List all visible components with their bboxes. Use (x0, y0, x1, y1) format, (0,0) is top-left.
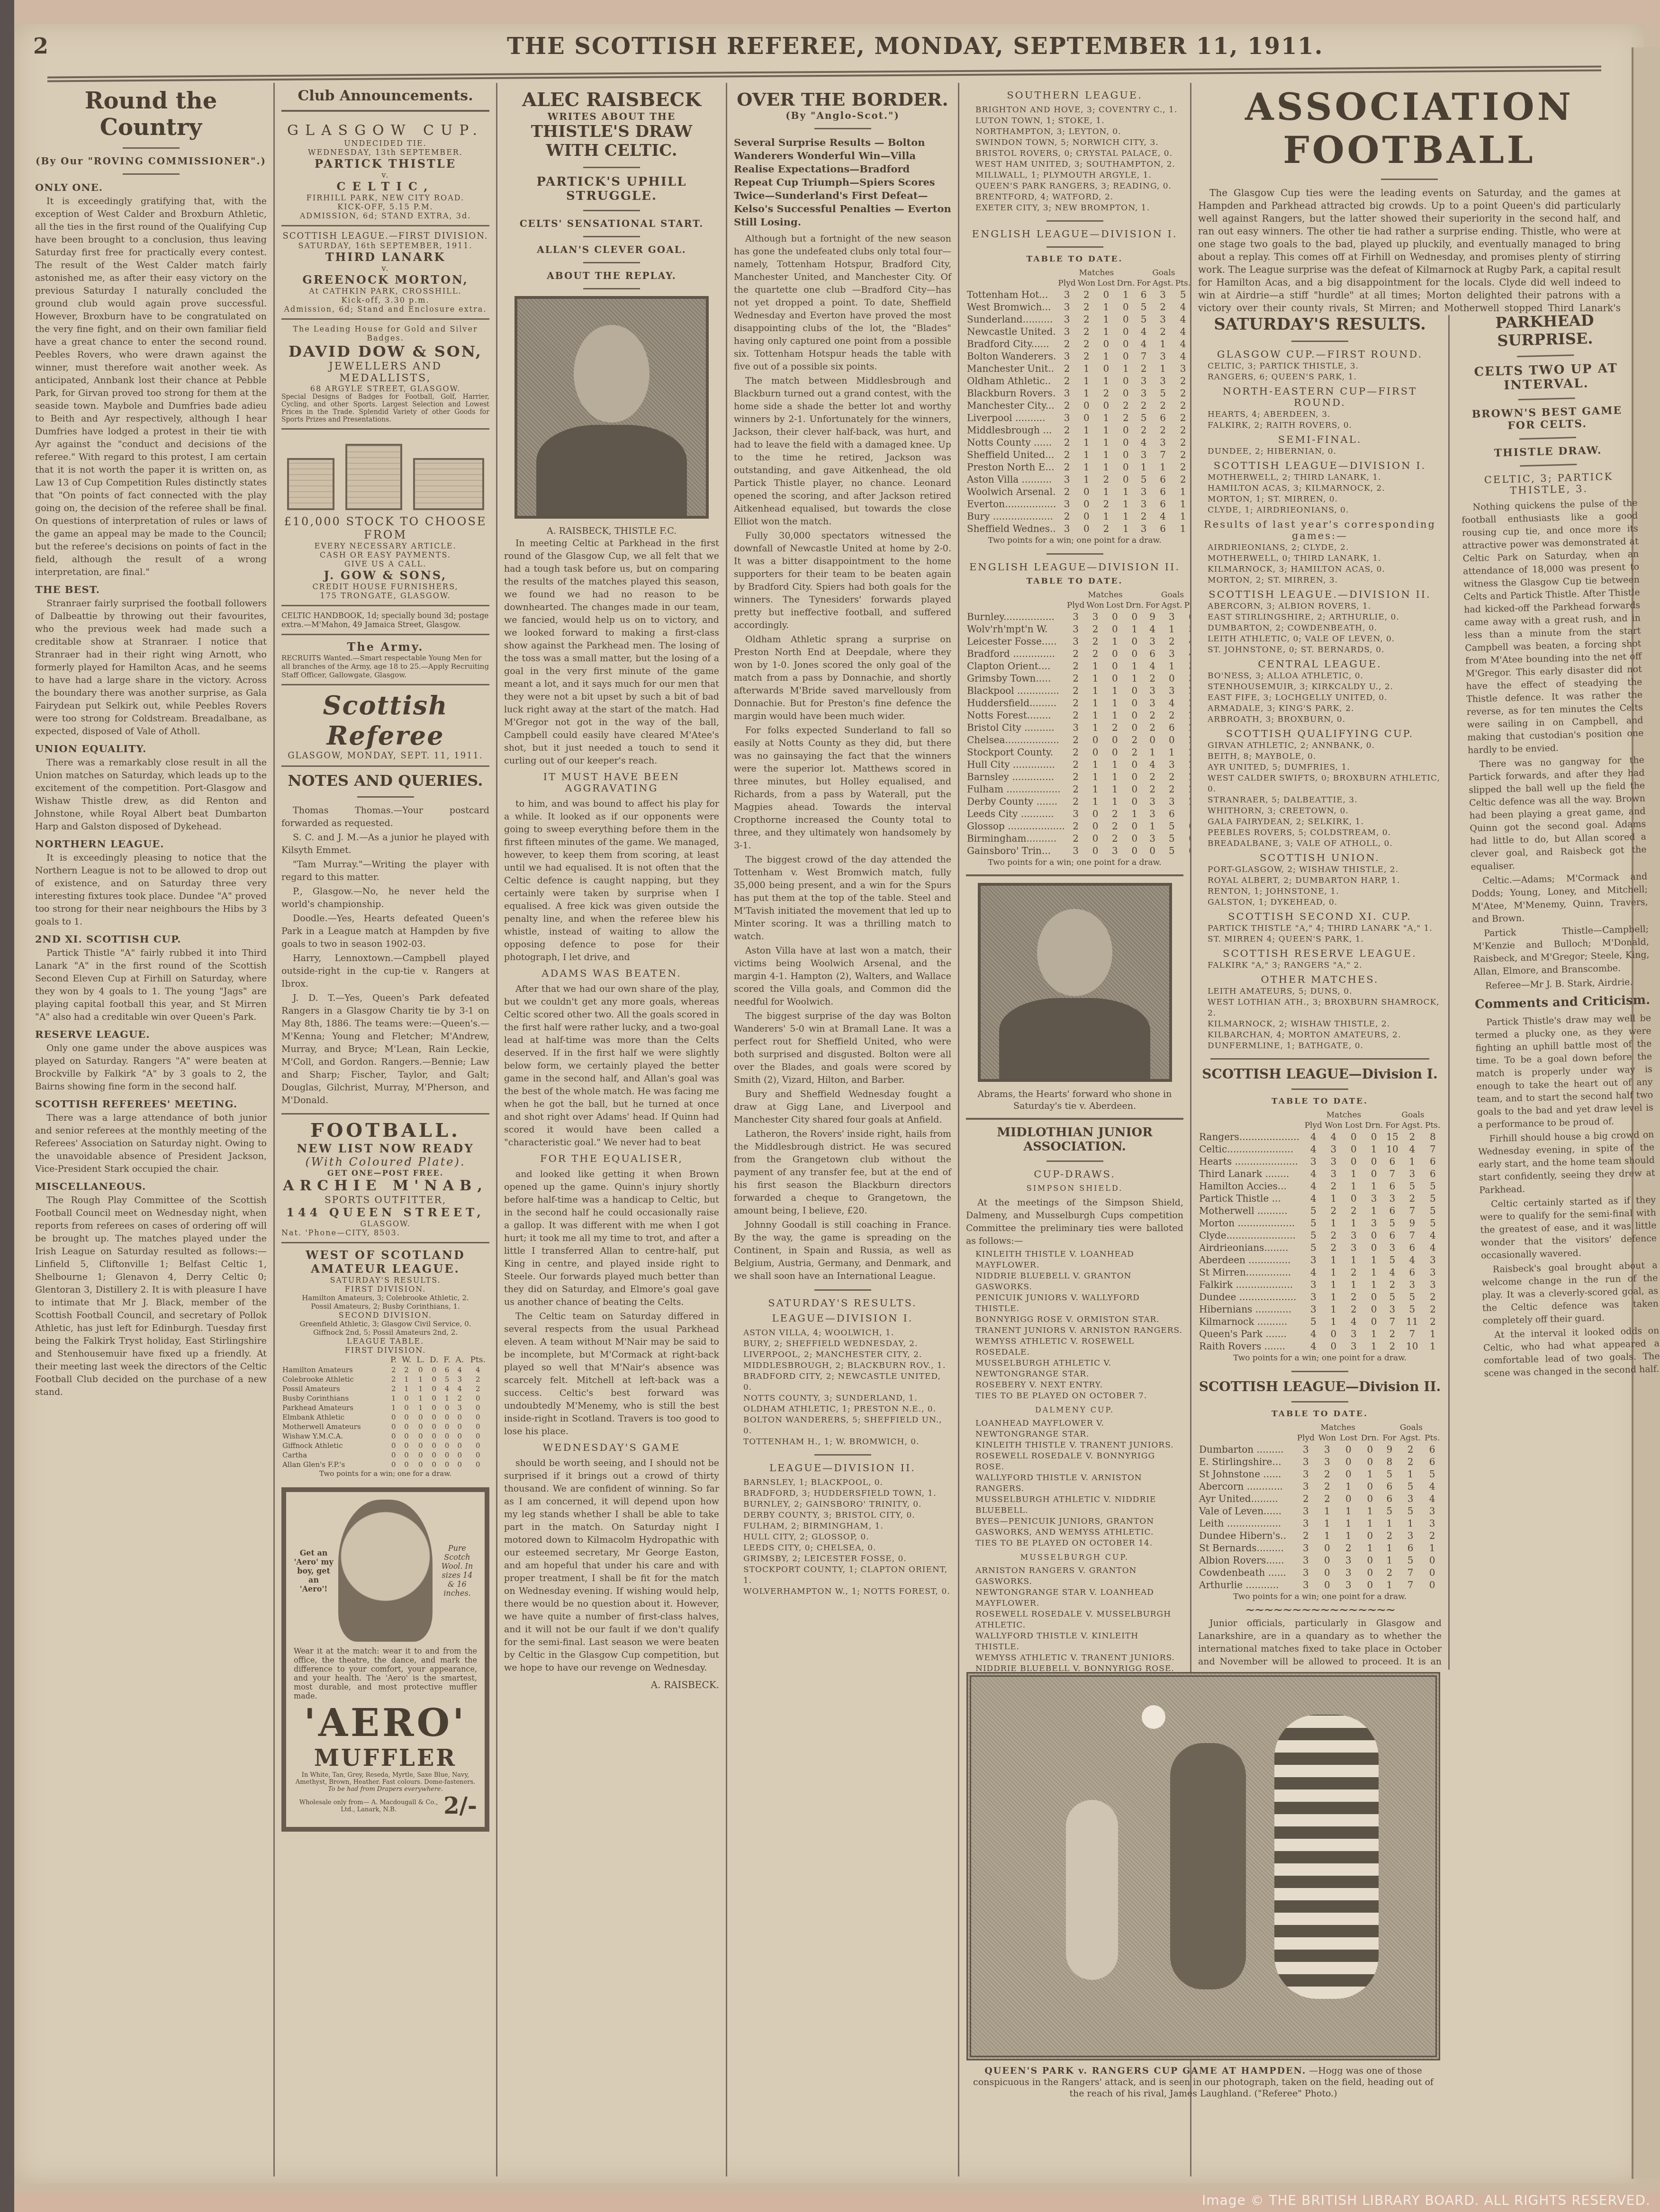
table-cell: 0 (1145, 845, 1160, 857)
list-item: Rosewell Rosedale v. Musselburgh Athleti… (966, 1609, 1183, 1631)
table-cell: Dundee ................... (1198, 1291, 1303, 1303)
table-cell: 3 (1145, 832, 1160, 845)
table-cell: 1 (1317, 1517, 1338, 1529)
table-cell: Bury .................... (966, 510, 1057, 522)
table-cell: 5 (1303, 1217, 1324, 1229)
table-cell: 3 (1303, 1291, 1324, 1303)
table-cell: 1 (1077, 436, 1097, 449)
table-cell: Colebrooke Athletic (281, 1375, 388, 1384)
column-header: Won (1324, 1120, 1344, 1131)
table-cell: 3 (1145, 684, 1160, 697)
ad-price: 2/- (443, 1793, 477, 1819)
table-row: Clapton Orient....2101413 (966, 660, 1191, 672)
admission: ADMISSION, 6d; STAND EXTRA, 3d. (281, 211, 489, 220)
section-head: RESERVE LEAGUE. (35, 1028, 267, 1040)
table-cell: 0 (427, 1403, 441, 1412)
table-row: Hamilton Accies...4211655 (1198, 1180, 1442, 1192)
glasgow-cup-notice: GLASGOW CUP. UNDECIDED TIE. WEDNESDAY, 1… (281, 117, 489, 225)
section-head: Comments and Criticism. (1474, 993, 1651, 1012)
table-row: Leith ..................3111113 (1198, 1517, 1442, 1529)
table-cell: 2 (1057, 449, 1076, 461)
divider (1047, 246, 1103, 248)
table-cell: 0 (1183, 832, 1191, 845)
table-row: Abercorn ............3210654 (1198, 1480, 1442, 1493)
table-cell: 3 (1344, 1340, 1363, 1352)
results-group-head: SCOTTISH QUALIFYING CUP. (1198, 728, 1442, 739)
table-cell: 1 (1338, 1505, 1359, 1517)
table-cell: 2 (1174, 449, 1191, 461)
table-cell: 0 (414, 1431, 427, 1441)
table-cell: 4 (1424, 1241, 1442, 1254)
paragraph: After that we had our own share of the p… (504, 983, 719, 1149)
amateur-league-table: P.W.L.D.F.A.Pts.Hamilton Amateurs2200644… (281, 1355, 489, 1469)
table-cell: 3 (1152, 350, 1174, 362)
table-cell: Third Lanark ........ (1198, 1168, 1303, 1180)
paragraph: The biggest crowd of the day attended th… (734, 854, 951, 943)
table-cell: 3 (1057, 522, 1076, 535)
section-head: ONLY ONE. (35, 181, 267, 193)
table-cell: 0 (1116, 461, 1136, 473)
paragraph: The Rough Play Committee of the Scottish… (35, 1194, 267, 1399)
table-cell: 1 (1085, 721, 1105, 734)
wavy-divider: ~~~~~~~~~~~~~~~~ (1198, 1603, 1442, 1617)
column-header: F. (441, 1355, 453, 1365)
table-cell: 1 (1077, 362, 1097, 375)
list-item: BURY, 2; SHEFFIELD WEDNESDAY, 2. (734, 1339, 951, 1349)
table-cell: 1 (1096, 375, 1116, 387)
table-cell: 4 (453, 1384, 467, 1394)
table-cell: 5 (1398, 1505, 1423, 1517)
table-cell: 7 (1400, 1205, 1424, 1217)
column-header: Lost (1105, 600, 1125, 611)
table-cell: 1 (1077, 473, 1097, 486)
table-cell: 1 (1096, 510, 1116, 522)
cross-head: WEDNESDAY'S GAME (504, 1442, 719, 1453)
table-cell: 1 (1152, 338, 1174, 350)
table-cell: Hearts ..................... (1198, 1155, 1303, 1168)
table-label: TABLE TO DATE. (1198, 1097, 1442, 1106)
table-cell: 6 (1384, 1205, 1400, 1217)
table-row: Airdrieonians........5230364 (1198, 1241, 1442, 1254)
results-group-head: OTHER MATCHES. (1198, 974, 1442, 985)
table-cell: Leeds City ........... (966, 808, 1066, 820)
table-cell: Celtic...................... (1198, 1143, 1303, 1155)
table-cell: 7 (1400, 1229, 1424, 1241)
book-spine-edge (0, 0, 14, 2212)
table-cell: 4 (1303, 1340, 1324, 1352)
result-line: BO'NESS, 3; ALLOA ATHLETIC, 0. (1198, 671, 1442, 682)
table-row: Manchester City...2002222 (966, 399, 1191, 412)
ad-headline: £10,000 STOCK TO CHOOSE FROM (281, 515, 489, 541)
table-cell: 4 (1174, 350, 1191, 362)
table-cell: 0 (1183, 820, 1191, 832)
table-cell: 2 (1085, 635, 1105, 647)
table-cell: Leith .................. (1198, 1517, 1295, 1529)
table-cell: 1 (1096, 325, 1116, 338)
table-cell: 3 (1160, 684, 1183, 697)
table-cell: 1 (1381, 1554, 1398, 1566)
table-cell: 0 (1359, 1529, 1381, 1542)
table-cell: Barnsley .............. (966, 771, 1066, 783)
table-row: Liverpool ..........3012562 (966, 412, 1191, 424)
table-cell: Kilmarnock .......... (1198, 1315, 1303, 1328)
table-cell: 2 (1066, 709, 1085, 721)
table-cell: 3 (1066, 808, 1085, 820)
column-header: For (1136, 278, 1151, 288)
table-cell: 3 (453, 1375, 467, 1384)
article-deck: BROWN'S BEST GAME FOR CELTS. (1459, 404, 1635, 433)
table-row: Falkirk ...................3111233 (1198, 1278, 1442, 1291)
table-cell: 2 (1384, 1340, 1400, 1352)
league-fixture-notice: SCOTTISH LEAGUE.—FIRST DIVISION. SATURDA… (281, 225, 489, 318)
table-cell: 2 (1174, 473, 1191, 486)
list-item: OLDHAM ATHLETIC, 1; PRESTON N.E., 0. (734, 1404, 951, 1415)
table-cell: 4 (1400, 1254, 1424, 1266)
table-cell: 0 (414, 1460, 427, 1469)
table-cell: 2 (1183, 709, 1191, 721)
table-cell: 5 (1183, 623, 1191, 635)
versus: v. (281, 264, 489, 273)
list-item: BRADFORD CITY, 2; NEWCASTLE UNITED, 0. (734, 1371, 951, 1393)
column-header: Pts. (1174, 278, 1191, 288)
table-cell: 5 (1384, 1291, 1400, 1303)
paragraph: In meeting Celtic at Parkhead in the fir… (504, 537, 719, 767)
table-cell: 1 (1105, 635, 1125, 647)
table-cell: 0 (1125, 845, 1145, 857)
west-scotland-amateur-league: WEST OF SCOTLAND AMATEUR LEAGUE. SATURDA… (281, 1242, 489, 1483)
table-cell: 2 (1066, 771, 1085, 783)
section-head: SIMPSON SHIELD. (966, 1184, 1183, 1193)
list-item: Arniston Rangers v. Granton Gasworks. (966, 1565, 1183, 1587)
table-cell: 2 (1324, 1205, 1344, 1217)
table-cell: 3 (1324, 1155, 1344, 1168)
table-cell: 5 (1381, 1505, 1398, 1517)
table-cell: 2 (1096, 387, 1116, 399)
table-cell: 0 (1324, 1328, 1344, 1340)
table-cell: Burnley................. (966, 611, 1066, 623)
table-cell: 0 (1085, 820, 1105, 832)
note: S. C. and J. M.—As a junior he played wi… (281, 831, 489, 857)
list-item: DERBY COUNTY, 3; BRISTOL CITY, 0. (734, 1510, 951, 1521)
table-cell: Abercorn ............ (1198, 1480, 1295, 1493)
table-cell: 1 (1145, 820, 1160, 832)
table-cell: 2 (1183, 746, 1191, 758)
table-cell: 2 (1424, 1303, 1442, 1315)
table-cell: 3 (1295, 1554, 1317, 1566)
table-row: Blackburn Rovers.3120352 (966, 387, 1191, 399)
table-cell: 0 (1344, 1131, 1363, 1143)
divider (1291, 1401, 1348, 1403)
paragraph: Stranraer fairly surprised the football … (35, 597, 267, 738)
table-cell: 2 (1057, 424, 1076, 436)
result-line: AYR UNITED, 5; DUMFRIES, 1. (1198, 762, 1442, 773)
table-cell: 1 (1183, 808, 1191, 820)
table-cell: 0 (388, 1412, 399, 1422)
table-cell: 0 (1364, 1155, 1384, 1168)
divider (1291, 1371, 1348, 1372)
table-cell: Fulham .................. (966, 783, 1066, 795)
table-cell: 0 (1364, 1303, 1384, 1315)
divider (966, 874, 1183, 876)
ad-line: CASH OR EASY PAYMENTS. (281, 550, 489, 559)
table-cell: 2 (1400, 1192, 1424, 1205)
table-cell: 3 (1400, 1278, 1424, 1291)
list-item: Rosewell Rosedale v. Bonnyrigg Rose. (966, 1451, 1183, 1473)
table-cell: Hamilton Amateurs (281, 1365, 388, 1375)
table-cell: Hibernians ............ (1198, 1303, 1303, 1315)
list-item: Musselburgh Athletic v. Newtongrange Sta… (966, 1358, 1183, 1380)
results-group-head: SCOTTISH LEAGUE.—DIVISION II. (1198, 589, 1442, 600)
column-header: For (1381, 1433, 1398, 1443)
header-group: Matches (1303, 1110, 1384, 1120)
divider (357, 796, 414, 798)
table-row: Aston Villa ..........3120562 (966, 473, 1191, 486)
table-cell: Manchester City... (966, 399, 1057, 412)
table-cell: Rangers.................... (1198, 1131, 1303, 1143)
table-row: St Johnstone ......3201515 (1198, 1468, 1442, 1480)
result-line: WEST LOTHIAN ATH., 3; BROXBURN SHAMROCK,… (1198, 997, 1442, 1019)
table-cell: 0 (467, 1422, 489, 1431)
table-row: Clyde.......................5230674 (1198, 1229, 1442, 1241)
english-div2-results: BARNSLEY, 1; BLACKPOOL, 0.BRADFORD, 3; H… (734, 1477, 951, 1597)
gow-furniture-ad: £10,000 STOCK TO CHOOSE FROM EVERY NECES… (281, 428, 489, 605)
list-item: GRIMSBY, 2; LEICESTER FOSSE, 0. (734, 1554, 951, 1565)
table-cell: 2 (1066, 795, 1085, 808)
ad-address: 175 TRONGATE, GLASGOW. (281, 591, 489, 600)
result-line: FALKIRK "A," 3; RANGERS "A," 2. (1198, 960, 1442, 971)
table-row: Albion Rovers......3030150 (1198, 1554, 1442, 1566)
table-cell: 3 (1057, 325, 1076, 338)
table-cell: 1 (1423, 1542, 1442, 1554)
result-line: ARBROATH, 3; BROXBURN, 0. (1198, 714, 1442, 725)
table-cell: 2 (1105, 832, 1125, 845)
table-cell: 0 (1364, 1229, 1384, 1241)
table-cell: 4 (1183, 635, 1191, 647)
table-cell: 2 (1136, 510, 1151, 522)
divider (1381, 179, 1438, 180)
table-row: Stockport County.2002112 (966, 746, 1191, 758)
results-group-head: SCOTTISH RESERVE LEAGUE. (1198, 948, 1442, 959)
table-cell: 4 (1160, 697, 1183, 709)
result-line: BREADALBANE, 3; VALE OF ATHOLL, 0. (1198, 838, 1442, 849)
table-cell: 3 (1145, 808, 1160, 820)
table-cell: 2 (1317, 1493, 1338, 1505)
table-cell: 6 (1384, 1229, 1400, 1241)
table-cell: 4 (1400, 1143, 1424, 1155)
table-cell: 7 (1400, 1328, 1424, 1340)
table-cell: 1 (414, 1403, 427, 1412)
paragraph: Fully 30,000 spectators witnessed the do… (734, 530, 951, 632)
table-cell: 4 (1136, 325, 1151, 338)
byline: (By "Anglo-Scot.") (734, 110, 951, 121)
table-cell: 2 (1116, 399, 1136, 412)
table-cell: 0 (1116, 338, 1136, 350)
table-cell: 9 (1400, 1217, 1424, 1229)
table-cell: 2 (1344, 1266, 1363, 1278)
face-icon (574, 325, 649, 423)
table-label: TABLE TO DATE. (1198, 1409, 1442, 1419)
table-cell: 0 (1105, 647, 1125, 660)
table-cell: 0 (1116, 313, 1136, 325)
column-header: P. (388, 1355, 399, 1365)
table-row: Colebrooke Athletic2110532 (281, 1375, 489, 1384)
divider (1518, 397, 1575, 400)
table-cell: 0 (1364, 1131, 1384, 1143)
list-item: Wemyss Athletic v. Tranent Juniors. (966, 1653, 1183, 1663)
photo-caption: QUEEN'S PARK v. RANGERS CUP GAME AT HAMP… (966, 2065, 1440, 2099)
table-cell: 2 (1066, 660, 1085, 672)
table-cell: Sunderland.......... (966, 313, 1057, 325)
list-item: WEST HAM UNITED, 3; SOUTHAMPTON, 2. (966, 159, 1183, 170)
table-cell: 0 (388, 1441, 399, 1450)
ad-city: GLASGOW. (281, 1219, 489, 1228)
column-header: Agst. (1160, 600, 1183, 611)
column-header: Plyd (1066, 600, 1085, 611)
article-deck: THISTLE DRAW. (1460, 443, 1636, 460)
table-cell: 0 (388, 1460, 399, 1469)
column-header (281, 1355, 388, 1365)
table-cell: 1 (1105, 783, 1125, 795)
table-cell: 0 (414, 1365, 427, 1375)
table-cell: 6 (1160, 808, 1183, 820)
ad-brand: 'AERO' (294, 1700, 477, 1745)
army-notice: The Army. RECRUITS Wanted.—Smart respect… (281, 634, 489, 684)
table-cell: 2 (1160, 709, 1183, 721)
table-cell: 2 (1174, 424, 1191, 436)
result-line: RANGERS, 6; QUEEN'S PARK, 1. (1198, 372, 1442, 383)
divider (1047, 553, 1103, 555)
table-cell: 1 (1077, 449, 1097, 461)
table-cell: 3 (1152, 288, 1174, 301)
paragraph: At the interval it looked odds on Celtic… (1483, 1324, 1660, 1380)
paragraph: Only one game under the above auspices w… (35, 1042, 267, 1093)
table-cell: 0 (1145, 734, 1160, 746)
divider (1520, 464, 1577, 467)
table-cell: 0 (427, 1441, 441, 1450)
table-cell: 0 (1338, 1493, 1359, 1505)
table-cell: 1 (1400, 1155, 1424, 1168)
table-cell: 1 (1364, 1278, 1384, 1291)
table-cell: 2 (1174, 436, 1191, 449)
list-item: NORTHAMPTON, 3; LEYTON, 0. (966, 126, 1183, 137)
table-cell: 5 (1424, 1192, 1442, 1205)
table-cell: 3 (1324, 1143, 1344, 1155)
table-cell: Aston Villa .......... (966, 473, 1057, 486)
table-cell: 0 (1085, 734, 1105, 746)
table-cell: 3 (1152, 313, 1174, 325)
table-row: Vale of Leven......3111553 (1198, 1505, 1442, 1517)
table-cell: 6 (1423, 1443, 1442, 1456)
table-cell: 3 (1136, 387, 1151, 399)
table-cell: 2 (1152, 424, 1174, 436)
section-head: ENGLISH LEAGUE—DIVISION I. (966, 228, 1183, 240)
sub-head: LEAGUE TABLE. (281, 1337, 489, 1346)
table-cell: 4 (467, 1365, 489, 1375)
paragraph: It is exceedingly pleasing to notice tha… (35, 852, 267, 928)
table-row: Bury ....................2011241 (966, 510, 1191, 522)
table-row: Elmbank Athletic0000000 (281, 1412, 489, 1422)
article-title: ALEC RAISBECK (504, 89, 719, 111)
table-cell: 6 (1160, 721, 1183, 734)
list-item: BURNLEY, 2; GAINSBORO' TRINITY, 0. (734, 1499, 951, 1510)
table-cell: 1 (1364, 1180, 1384, 1192)
table-cell: 2 (467, 1375, 489, 1384)
results-group-head: SCOTTISH UNION. (1198, 852, 1442, 863)
paragraph: There was no gangway for the Partick for… (1468, 754, 1647, 874)
section-title: Club Announcements. (281, 88, 489, 104)
table-cell: 2 (1066, 734, 1085, 746)
table-cell: 1 (414, 1394, 427, 1403)
divider (123, 147, 180, 149)
table-cell: 3 (1424, 1254, 1442, 1266)
result-line: MOTHERWELL, 2; THIRD LANARK, 1. (1198, 472, 1442, 483)
result-line: KILBARCHAN, 4; MORTON AMATEURS, 2. (1198, 1030, 1442, 1041)
column-raisbeck: ALEC RAISBECK WRITES ABOUT THE THISTLE'S… (497, 83, 727, 2176)
table-cell: 4 (1303, 1328, 1324, 1340)
note: Thomas Thomas.—Your postcard forwarded a… (281, 804, 489, 830)
table-cell: 3 (1057, 301, 1076, 313)
table-cell: 0 (427, 1394, 441, 1403)
ad-line: (With Coloured Plate). (281, 1155, 489, 1169)
article-title: MIDLOTHIAN JUNIOR ASSOCIATION. (966, 1125, 1183, 1154)
table-cell: 1 (1096, 313, 1116, 325)
column-header: For (1145, 600, 1160, 611)
table-cell: 0 (467, 1431, 489, 1441)
table-cell: 0 (1105, 611, 1125, 623)
table-cell: Chelsea.................. (966, 734, 1066, 746)
table-cell: 2 (388, 1375, 399, 1384)
table-cell: Manchester Unit.. (966, 362, 1057, 375)
table-cell: 0 (1160, 672, 1183, 684)
table-row: Bradford ..............2200634 (966, 647, 1191, 660)
table-cell: 1 (1344, 1168, 1363, 1180)
column-over-the-border: OVER THE BORDER. (By "Anglo-Scot.") Seve… (727, 83, 959, 2176)
table-cell: 3 (1160, 647, 1183, 660)
table-cell: Clapton Orient.... (966, 660, 1066, 672)
table-cell: Raith Rovers ....... (1198, 1340, 1303, 1352)
table-cell: 0 (1344, 1192, 1363, 1205)
table-cell: 1 (1085, 795, 1105, 808)
list-item: MILLWALL, 1; PLYMOUTH ARGYLE, 1. (966, 170, 1183, 181)
table-cell: Motherwell Amateurs (281, 1422, 388, 1431)
table-row: Parkhead Amateurs1010030 (281, 1403, 489, 1412)
table-cell: 4 (1174, 301, 1191, 313)
table-cell: 2 (1057, 486, 1076, 498)
table-row: Dundee ...................3120552 (1198, 1291, 1442, 1303)
table-cell: 0 (414, 1441, 427, 1450)
table-row: Sheffield United...2110372 (966, 449, 1191, 461)
table-cell: 5 (1400, 1291, 1424, 1303)
table-cell: 5 (1381, 1468, 1398, 1480)
table-cell: 4 (1303, 1180, 1324, 1192)
table-cell: 1 (399, 1375, 414, 1384)
table-cell: St Johnstone ...... (1198, 1468, 1295, 1480)
column-header: Won (1077, 278, 1097, 288)
table-cell: 4 (1145, 660, 1160, 672)
table-cell: 1 (1116, 498, 1136, 510)
table-cell: 7 (1152, 449, 1174, 461)
paper-nameplate: Scottish Referee GLASGOW, MONDAY, SEPT. … (281, 684, 489, 765)
paragraph: Bury and Sheffield Wednesday fought a dr… (734, 1088, 951, 1126)
scottish-results-list: GLASGOW CUP.—FIRST ROUND.CELTIC, 3; PART… (1198, 349, 1442, 1052)
table-cell: Dundee Hibern's.. (1198, 1529, 1295, 1542)
table-cell: 1 (1077, 424, 1097, 436)
table-cell: 5 (1136, 473, 1151, 486)
section-head: 2ND XI. SCOTTISH CUP. (35, 933, 267, 945)
table-cell: 0 (399, 1422, 414, 1431)
divider (583, 288, 640, 289)
table-cell: 6 (1152, 486, 1174, 498)
